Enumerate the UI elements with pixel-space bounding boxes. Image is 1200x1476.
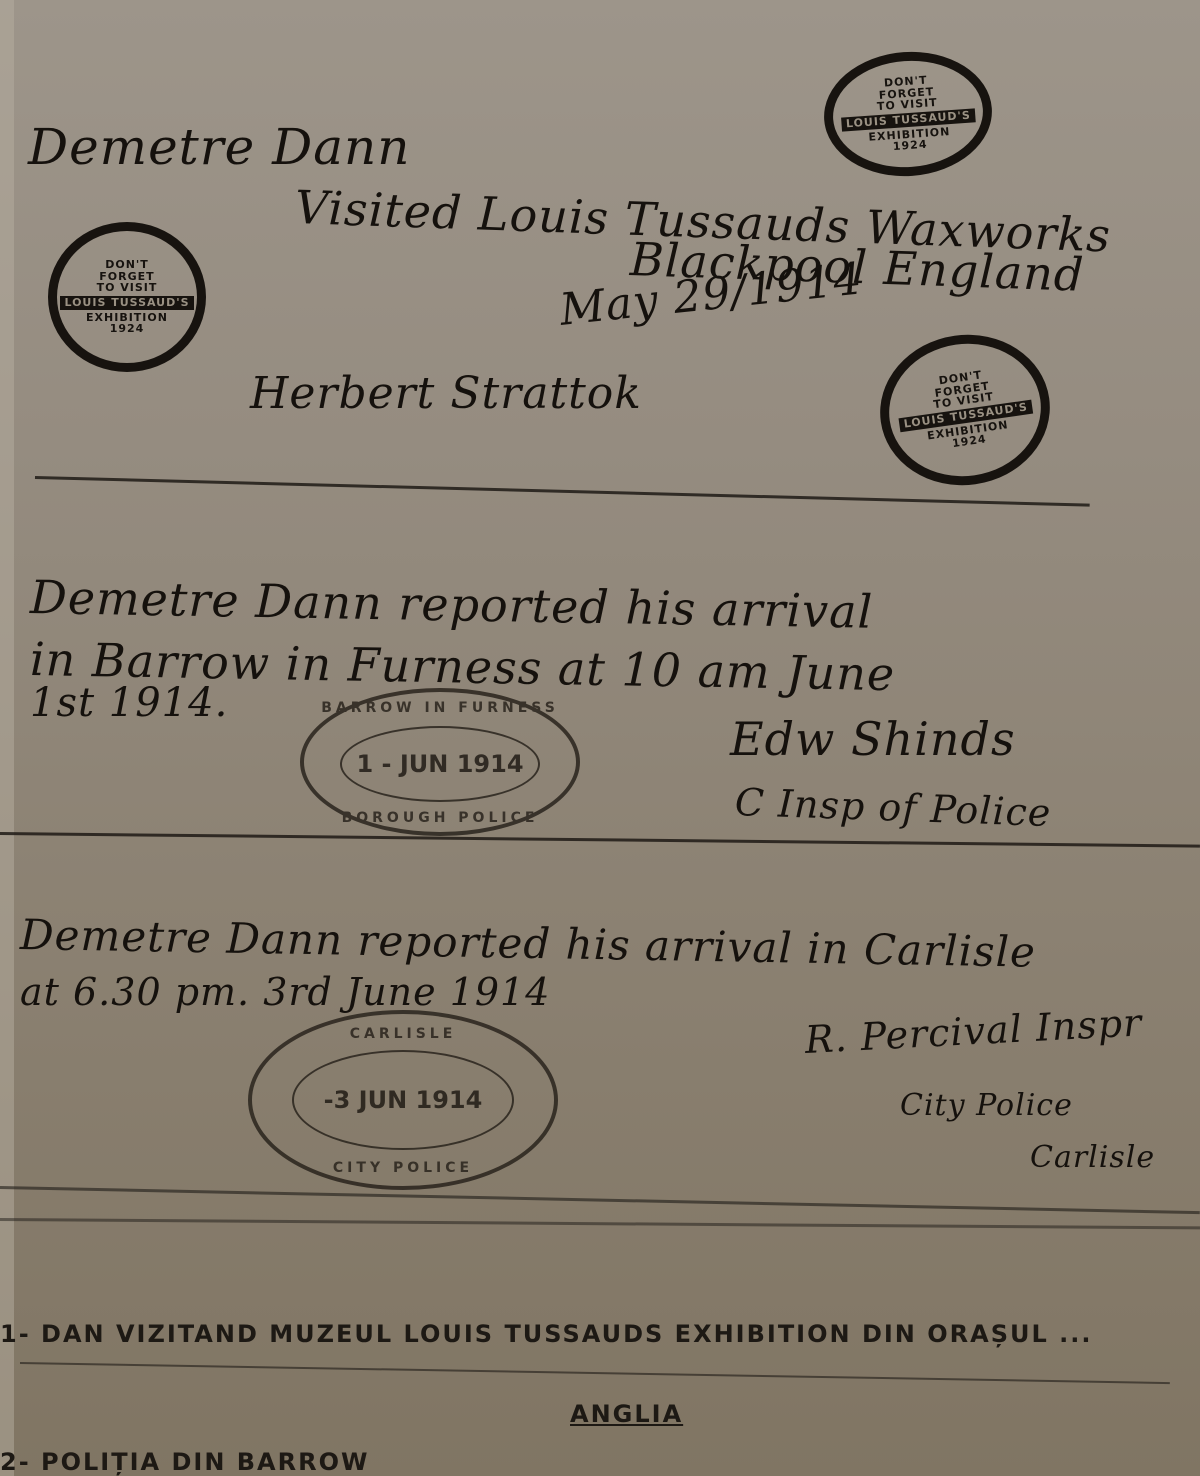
caption-1: 1- DAN VIZITAND MUZEUL LOUIS TUSSAUDS EX…: [0, 1320, 1092, 1348]
entry2-signature-title: C Insp of Police: [734, 780, 1052, 835]
divider-line: [0, 832, 1200, 848]
stamp-date: -3 JUN 1914: [292, 1050, 514, 1150]
stamp-top-text: CARLISLE: [252, 1026, 554, 1042]
stamp-date: 1 - JUN 1914: [340, 726, 540, 802]
stamp-top-text: BARROW IN FURNESS: [304, 700, 576, 716]
caption-2: 2- POLIȚIA DIN BARROW: [0, 1448, 369, 1476]
barrow-police-stamp: BARROW IN FURNESS 1 - JUN 1914 BOROUGH P…: [300, 688, 580, 836]
carlisle-police-stamp: CARLISLE -3 JUN 1914 CITY POLICE: [248, 1010, 558, 1190]
divider-line: [35, 476, 1090, 507]
stamp-text: TO VISIT: [97, 282, 158, 294]
entry3-line1: Demetre Dann reported his arrival in Car…: [20, 910, 1037, 977]
document-photo: Demetre Dann Visited Louis Tussauds Waxw…: [0, 0, 1200, 1476]
divider-line: [0, 1186, 1200, 1214]
entry2-line1: Demetre Dann reported his arrival: [30, 570, 874, 639]
entry2-line3: 1st 1914.: [30, 680, 228, 726]
entry3-signature-line2: City Police: [900, 1088, 1073, 1123]
stamp-text: LOUIS TUSSAUD'S: [60, 296, 193, 310]
stamp-text: 1924: [110, 323, 145, 335]
entry1-signature: Herbert Strattok: [250, 368, 642, 419]
entry1-name: Demetre Dann: [28, 118, 410, 176]
divider-line: [0, 1218, 1200, 1229]
tussaud-round-stamp: DON'T FORGET TO VISIT LOUIS TUSSAUD'S EX…: [48, 222, 206, 372]
caption-1-continued: ANGLIA: [570, 1400, 683, 1428]
entry3-line2: at 6.30 pm. 3rd June 1914: [20, 970, 550, 1014]
stamp-text: 1924: [893, 139, 928, 153]
entry2-signature: Edw Shinds: [730, 712, 1016, 766]
entry3-signature-line3: Carlisle: [1030, 1140, 1155, 1175]
stamp-text: 1924: [951, 433, 987, 449]
caption-underline: [20, 1362, 1170, 1384]
tussaud-round-stamp: DON'T FORGET TO VISIT LOUIS TUSSAUD'S EX…: [820, 46, 996, 181]
stamp-bottom-text: BOROUGH POLICE: [304, 810, 576, 826]
stamp-bottom-text: CITY POLICE: [252, 1160, 554, 1176]
tussaud-round-stamp: DON'T FORGET TO VISIT LOUIS TUSSAUD'S EX…: [870, 324, 1059, 496]
entry3-signature: R. Percival Inspr: [804, 1000, 1143, 1062]
